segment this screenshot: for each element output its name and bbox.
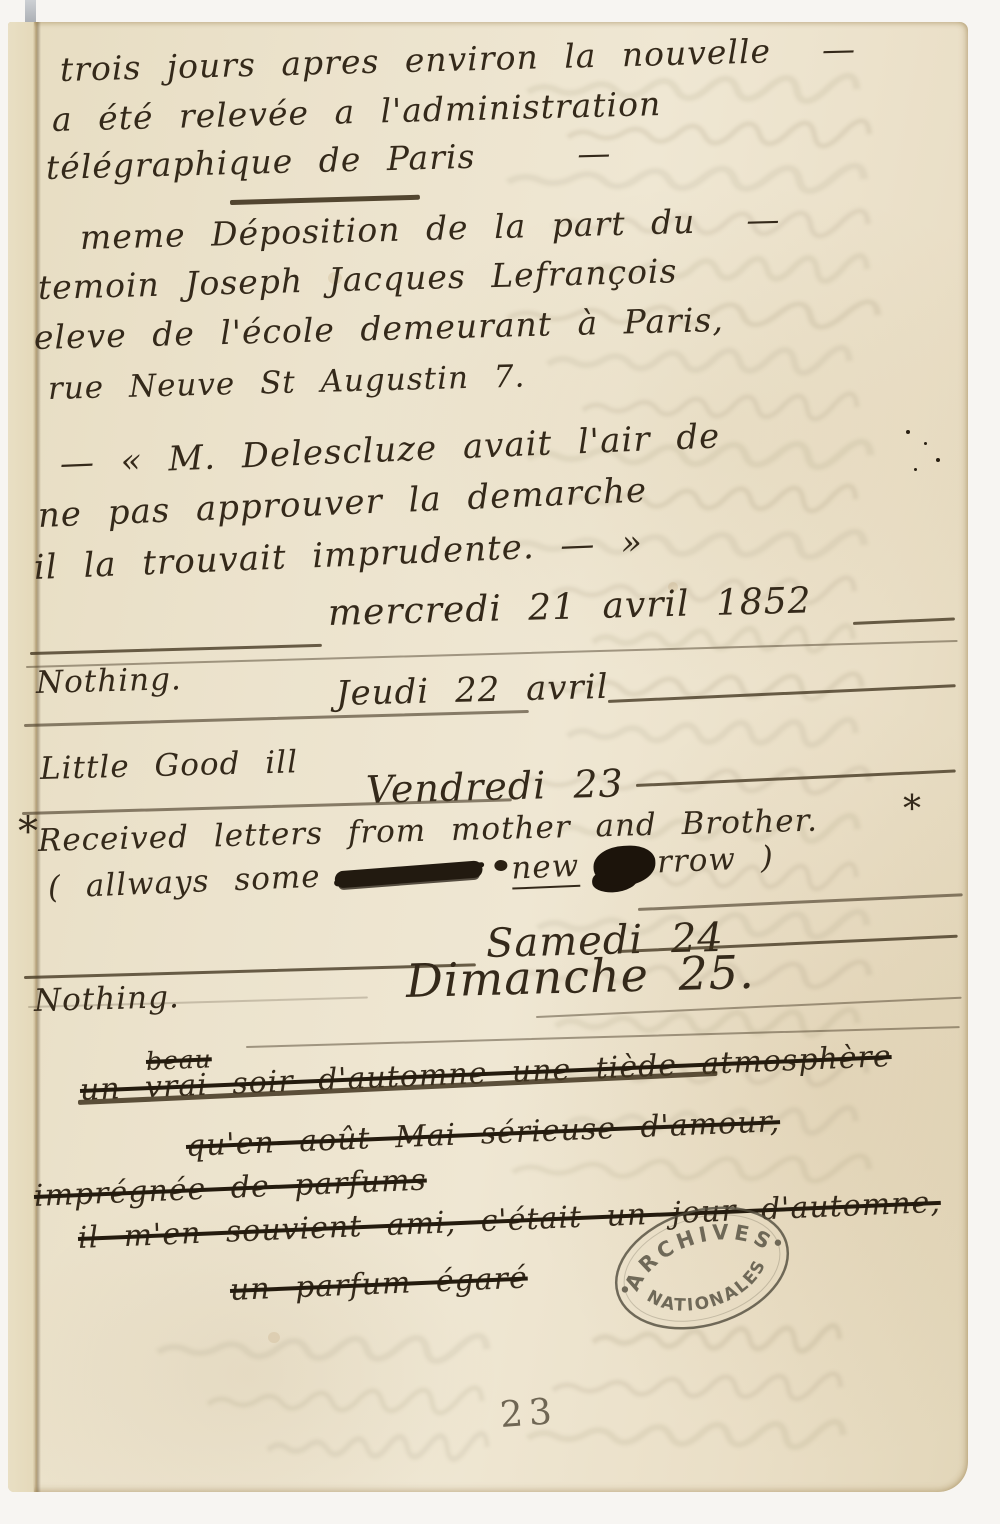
entry-date-thursday: Jeudi 22 avril [336, 669, 610, 714]
age-spot [268, 1332, 280, 1343]
entry-note-friday: Little Good ill [40, 745, 299, 786]
archives-nationales-stamp: ARCHIVES NATIONALES [600, 1194, 805, 1342]
ink-speckle [924, 442, 927, 445]
ink-dot [494, 860, 507, 872]
ink-speckle [914, 468, 917, 471]
entry-note-sunday: Nothing. [34, 980, 181, 1018]
ink-speckle [906, 430, 910, 434]
entry-date-sunday: Dimanche 25. [405, 947, 755, 1007]
note-asterisk: * [903, 790, 922, 830]
entry-note-thursday: Nothing. [36, 662, 183, 700]
margin-asterisk: * [18, 810, 39, 854]
scribbled-out-word [334, 860, 483, 888]
entry-date-friday: Vendredi 23 [365, 763, 624, 812]
ink-speckle [936, 458, 940, 462]
page-number: 23 [499, 1392, 559, 1436]
ink-blot [592, 845, 656, 888]
scanned-manuscript: { "page": { "number": "23", "intro": { "… [0, 0, 1000, 1524]
paren-close-text: ) [735, 840, 774, 878]
inserted-word: new [511, 848, 580, 890]
after-blot-text: rrow [656, 841, 736, 880]
manuscript-page: trois jours apres environ la nouvelle — … [8, 22, 968, 1492]
